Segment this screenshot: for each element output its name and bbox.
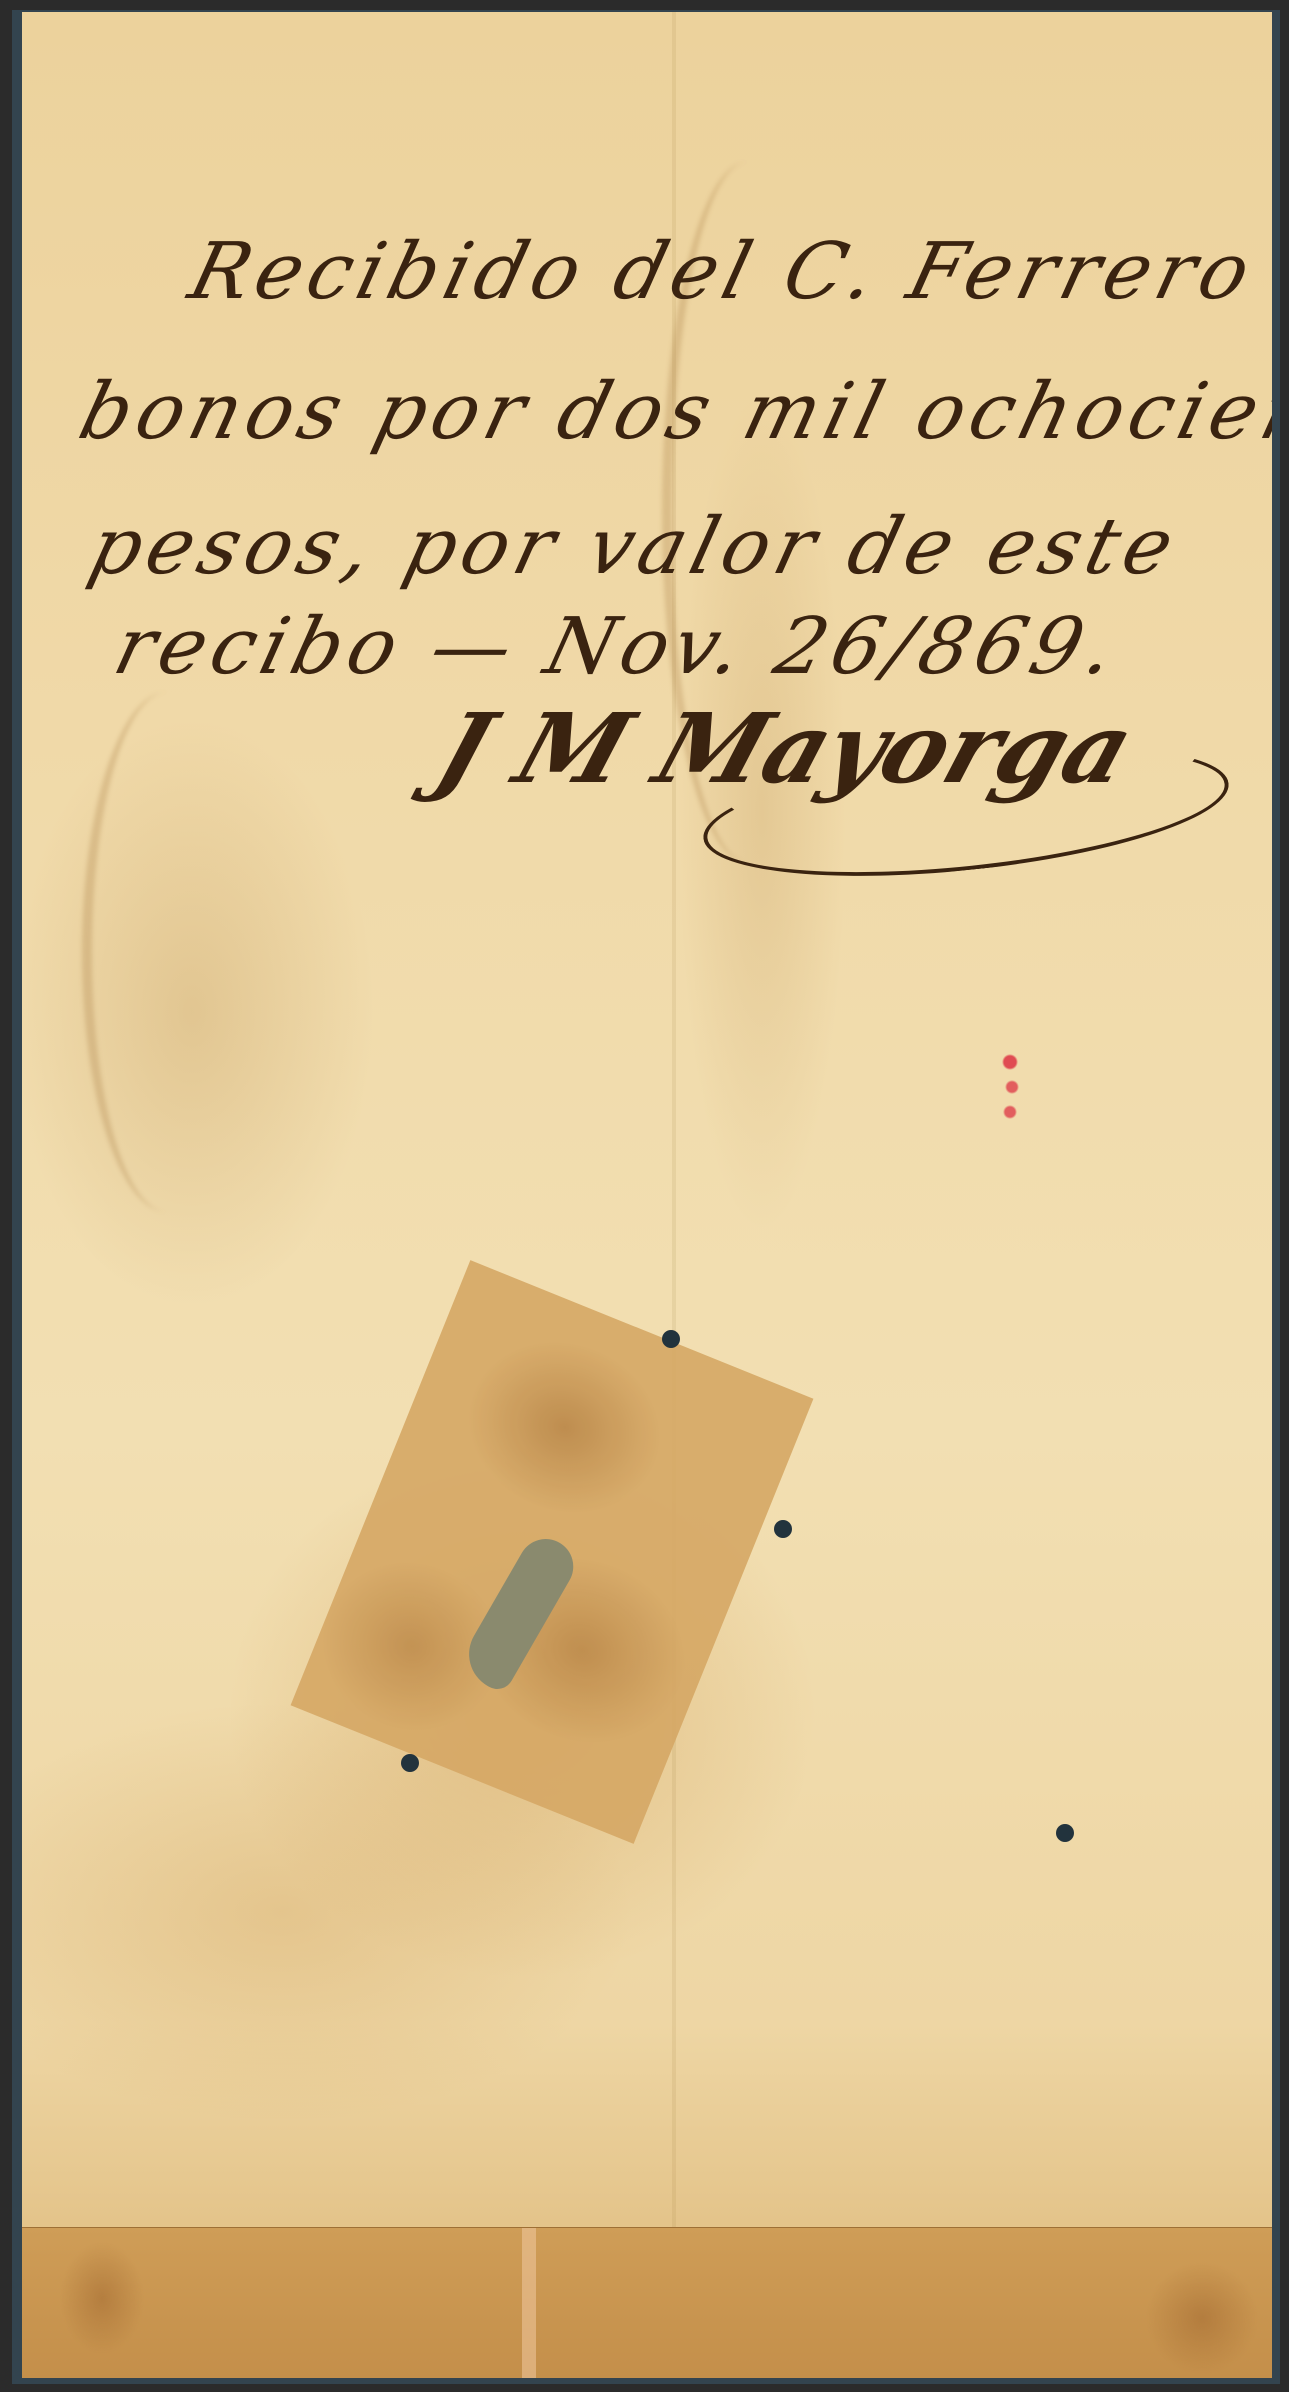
tape-seam (522, 2228, 536, 2378)
text-line-4: recibo — Nov. 26/869. (106, 602, 1130, 692)
bottom-tape-strip (22, 2227, 1272, 2378)
text-line-1: Recibido del C. Ferrero (181, 227, 1265, 317)
pin-hole (401, 1754, 419, 1772)
pin-hole (774, 1520, 792, 1538)
pin-hole (662, 1330, 680, 1348)
text-line-2: bonos por dos mil ochocientos (71, 367, 1272, 457)
document-paper: Recibido del C. Ferrero bonos por dos mi… (22, 12, 1272, 2378)
ink-bleed-through (82, 692, 252, 1212)
red-ink-mark (990, 1052, 1030, 1127)
text-line-3: pesos, por valor de este (81, 502, 1188, 592)
pin-hole (1056, 1824, 1074, 1842)
